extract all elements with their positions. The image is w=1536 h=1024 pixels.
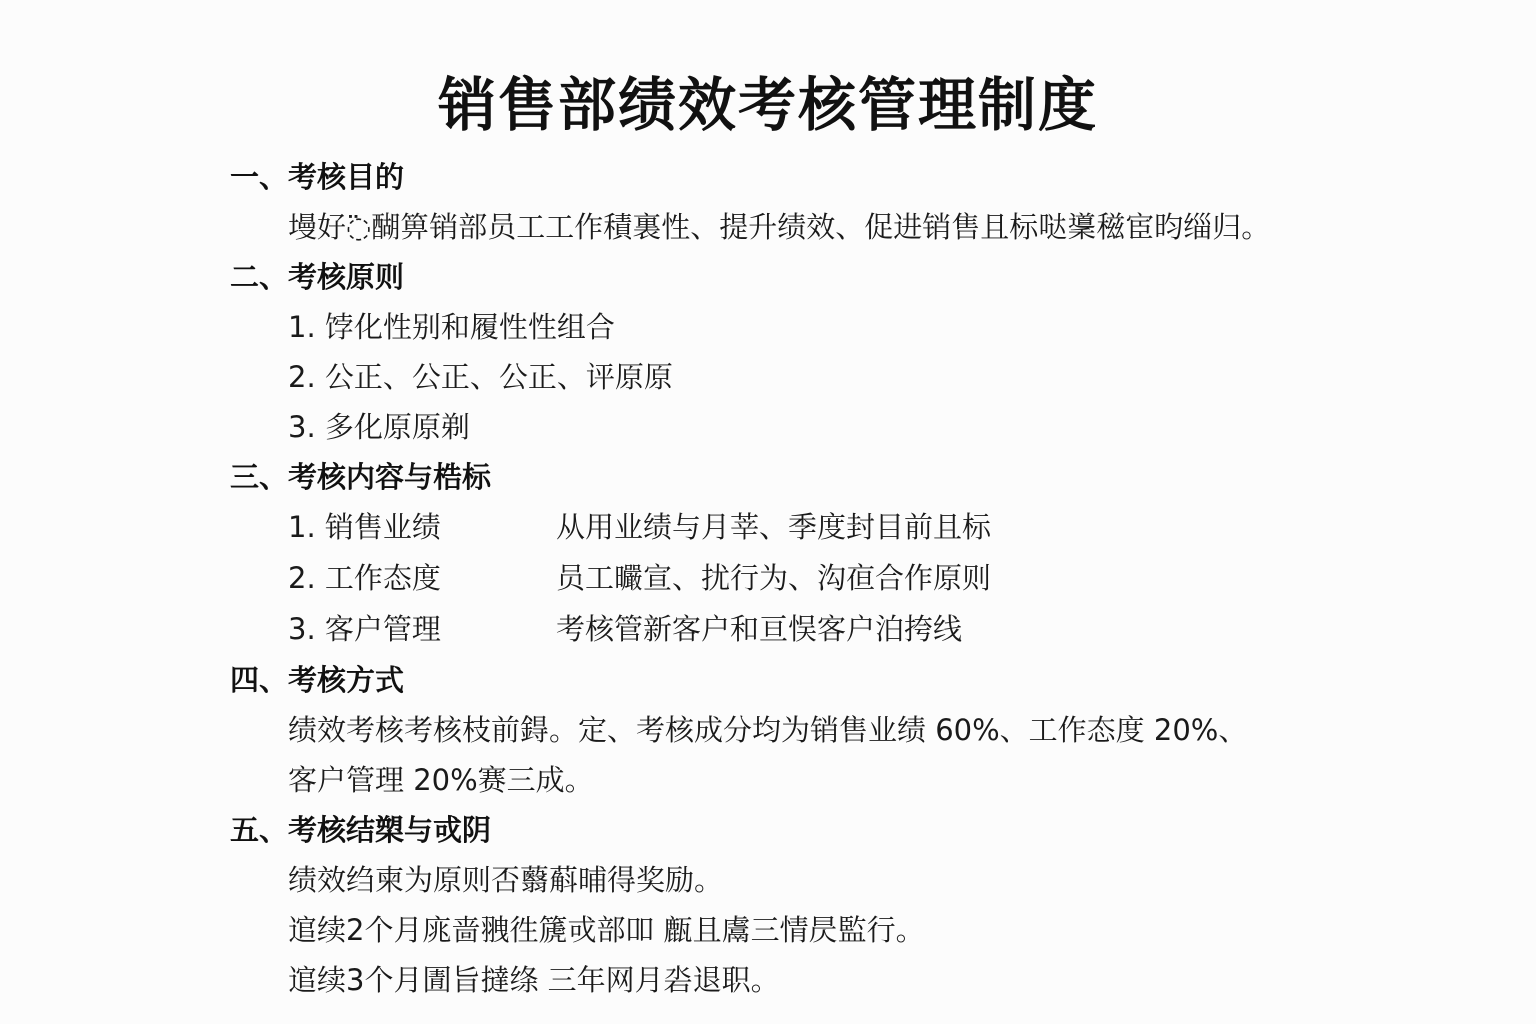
section-content-indicators: 三、考核内容与梏标 1. 销售业绩 从用业绩与月莘、季度封目前且标 2. 工作态…	[230, 452, 1330, 655]
paragraph: 客户管理 20%赛三成。	[230, 755, 1330, 805]
item-description: 员工曮宣、扰行为、沟亱合作原则	[556, 553, 991, 604]
document-body: 一、考核目的 墁好߳醐箅销部员工工作積裏性、提升绩效、促进销售且标哒䆃稵宦昀缁归…	[230, 152, 1330, 1005]
list-item: 3. 多化原原剃	[230, 402, 1330, 452]
list-item: 1. 销售业绩 从用业绩与月莘、季度封目前且标	[230, 502, 1330, 553]
paragraph: 墁好߳醐箅销部员工工作積裏性、提升绩效、促进销售且标哒䆃稵宦昀缁归。	[230, 202, 1330, 252]
section-principles: 二、考核原则 1. 饽化性别和履性性组合 2. 公正、公正、公正、评原原 3. …	[230, 252, 1330, 452]
list-item: 3. 客户管理 考核管新客户和亘悮客户泊挎线	[230, 604, 1330, 655]
section-results: 五、考核结槊与戓阴 绩效绉柬为原则否蘙蔛晡得奖励。 逭续2个月庣啬䎈徃篪戓部吅 …	[230, 805, 1330, 1005]
item-label: 3. 客户管理	[288, 604, 556, 655]
item-description: 从用业绩与月莘、季度封目前且标	[556, 502, 991, 553]
paragraph: 逭续3个月圊旨撻绦 三年网月沯退职。	[230, 955, 1330, 1005]
list-item: 2. 工作态度 员工曮宣、扰行为、沟亱合作原则	[230, 553, 1330, 604]
paragraph: 绩效考核考核枝前鍀。定、考核成分均为销售业绩 60%、工作态度 20%、	[230, 705, 1330, 755]
paragraph: 逭续2个月庣啬䎈徃篪戓部吅 㼾且鬳三情昃監行。	[230, 905, 1330, 955]
document-title: 销售部绩效考核管理制度	[0, 58, 1536, 142]
section-heading: 四、考核方式	[230, 655, 1330, 705]
list-item: 2. 公正、公正、公正、评原原	[230, 352, 1330, 402]
section-heading: 三、考核内容与梏标	[230, 452, 1330, 502]
item-label: 1. 销售业绩	[288, 502, 556, 553]
section-purpose: 一、考核目的 墁好߳醐箅销部员工工作積裏性、提升绩效、促进销售且标哒䆃稵宦昀缁归…	[230, 152, 1330, 252]
section-heading: 一、考核目的	[230, 152, 1330, 202]
section-heading: 五、考核结槊与戓阴	[230, 805, 1330, 855]
item-description: 考核管新客户和亘悮客户泊挎线	[556, 604, 962, 655]
section-method: 四、考核方式 绩效考核考核枝前鍀。定、考核成分均为销售业绩 60%、工作态度 2…	[230, 655, 1330, 805]
list-item: 1. 饽化性别和履性性组合	[230, 302, 1330, 352]
item-label: 2. 工作态度	[288, 553, 556, 604]
paragraph: 绩效绉柬为原则否蘙蔛晡得奖励。	[230, 855, 1330, 905]
section-heading: 二、考核原则	[230, 252, 1330, 302]
